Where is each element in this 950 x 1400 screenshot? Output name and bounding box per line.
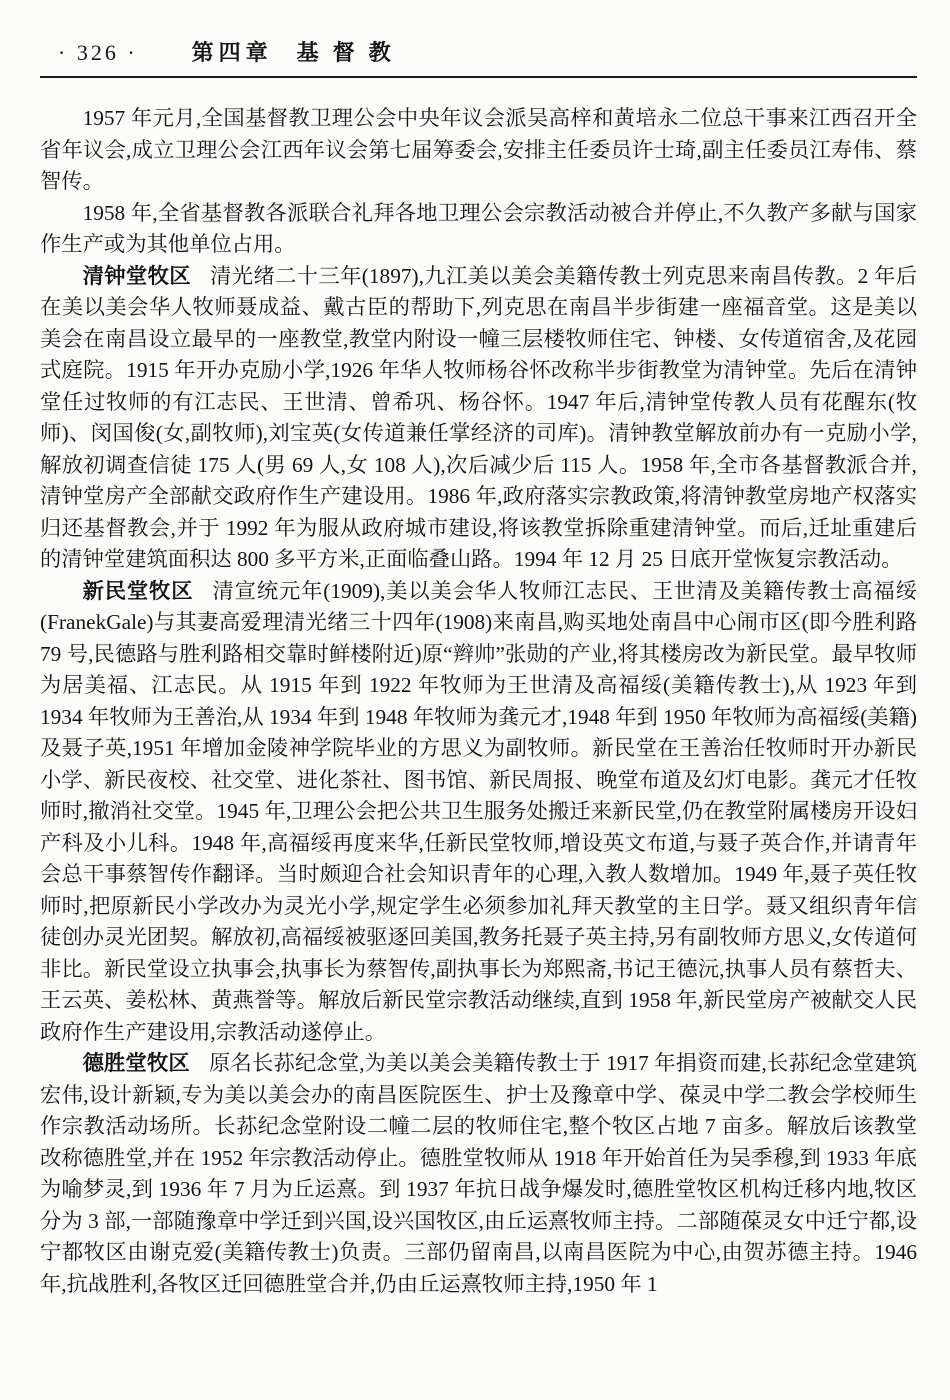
- paragraph-text: 清光绪二十三年(1897),九江美以美会美籍传教士列克思来南昌传教。2 年后在美…: [40, 264, 917, 572]
- paragraph-qingzhongtang: 清钟堂牧区清光绪二十三年(1897),九江美以美会美籍传教士列克思来南昌传教。2…: [40, 261, 917, 576]
- paragraph-text: 清宣统元年(1909),美以美会华人牧师江志民、王世清及美籍传教士高福绥(Fra…: [40, 579, 917, 1044]
- section-lead: 清钟堂牧区: [83, 264, 191, 288]
- paragraph-text: 1957 年元月,全国基督教卫理公会中央年议会派吴高梓和黄培永二位总干事来江西召…: [40, 106, 917, 193]
- page-number: · 326 ·: [58, 40, 138, 66]
- chapter-label: 第四章: [192, 36, 273, 67]
- section-lead: 新民堂牧区: [83, 579, 194, 603]
- paragraph: 1958 年,全省基督教各派联合礼拜各地卫理公会宗教活动被合并停止,不久教产多献…: [40, 198, 917, 261]
- paragraph: 1957 年元月,全国基督教卫理公会中央年议会派吴高梓和黄培永二位总干事来江西召…: [40, 103, 917, 198]
- page-header: · 326 · 第四章 基督教: [40, 36, 917, 67]
- paragraph-text: 原名长荪纪念堂,为美以美会美籍传教士于 1917 年捐资而建,长荪纪念堂建筑宏伟…: [40, 1051, 917, 1296]
- book-page: · 326 · 第四章 基督教 1957 年元月,全国基督教卫理公会中央年议会派…: [0, 0, 950, 1400]
- page-body: 1957 年元月,全国基督教卫理公会中央年议会派吴高梓和黄培永二位总干事来江西召…: [40, 103, 917, 1300]
- paragraph-text: 1958 年,全省基督教各派联合礼拜各地卫理公会宗教活动被合并停止,不久教产多献…: [40, 201, 917, 257]
- header-rule: [40, 76, 917, 78]
- section-lead: 德胜堂牧区: [83, 1051, 190, 1075]
- paragraph-xinmintang: 新民堂牧区清宣统元年(1909),美以美会华人牧师江志民、王世清及美籍传教士高福…: [40, 576, 917, 1049]
- chapter-title: 基督教: [297, 36, 405, 67]
- scanned-book-page: { "header": { "page_number": "· 326 ·", …: [0, 0, 950, 1400]
- paragraph-deshengtang: 德胜堂牧区原名长荪纪念堂,为美以美会美籍传教士于 1917 年捐资而建,长荪纪念…: [40, 1048, 917, 1300]
